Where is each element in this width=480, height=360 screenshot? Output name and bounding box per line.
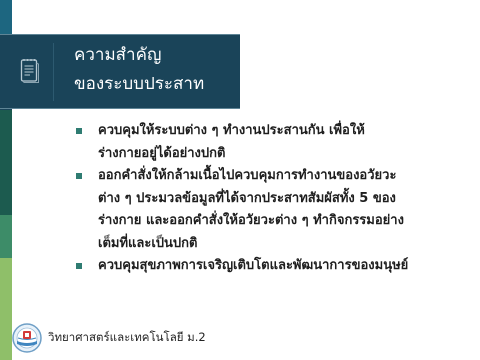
title-divider (53, 43, 54, 101)
bullet-item-3: ควบคุมสุขภาพการเจริญเติบโตและพัฒนาการของ… (73, 255, 473, 278)
bullet-text: ควบคุมสุขภาพการเจริญเติบโตและพัฒนาการของ… (98, 255, 473, 278)
side-strip-top (0, 0, 12, 34)
bullet-text: ร่างกายอยู่ได้อย่างปกติ (98, 143, 473, 166)
title-line-2: ของระบบประสาท (74, 70, 204, 99)
footer-text: วิทยาศาสตร์และเทคโนโลยี ม.2 (48, 329, 206, 347)
bullet-list: ควบคุมให้ระบบต่าง ๆ ทำงานประสานกัน เพื่อ… (73, 120, 473, 278)
notepad-icon (20, 57, 40, 84)
bullet-text: ออกคำสั่งให้กล้ามเนื้อไปควบคุมการทำงานขอ… (98, 165, 473, 188)
bullet-square-icon (76, 263, 82, 269)
bullet-text: ร่างกาย และออกคำสั่งให้อวัยวะต่าง ๆ ทำกิ… (98, 210, 473, 233)
bullet-item-2: ออกคำสั่งให้กล้ามเนื้อไปควบคุมการทำงานขอ… (73, 165, 473, 255)
title-line-1: ความสำคัญ (74, 41, 204, 70)
side-strip-mid-green (0, 215, 12, 258)
bullet-item-1: ควบคุมให้ระบบต่าง ๆ ทำงานประสานกัน เพื่อ… (73, 120, 473, 165)
bullet-square-icon (76, 128, 82, 134)
side-strip-light-green (0, 258, 12, 360)
side-strip-dark-green (0, 110, 12, 215)
bullet-text: ควบคุมให้ระบบต่าง ๆ ทำงานประสานกัน เพื่อ… (98, 120, 473, 143)
school-emblem-logo (12, 323, 42, 353)
bullet-text: ต่าง ๆ ประมวลข้อมูลที่ได้จากประสาทสัมผัส… (98, 188, 473, 211)
bullet-square-icon (76, 173, 82, 179)
footer: วิทยาศาสตร์และเทคโนโลยี ม.2 (12, 322, 206, 354)
title-band: ความสำคัญ ของระบบประสาท (0, 34, 240, 109)
page-title: ความสำคัญ ของระบบประสาท (74, 41, 204, 99)
bullet-text: เต็มที่และเป็นปกติ (98, 233, 473, 256)
